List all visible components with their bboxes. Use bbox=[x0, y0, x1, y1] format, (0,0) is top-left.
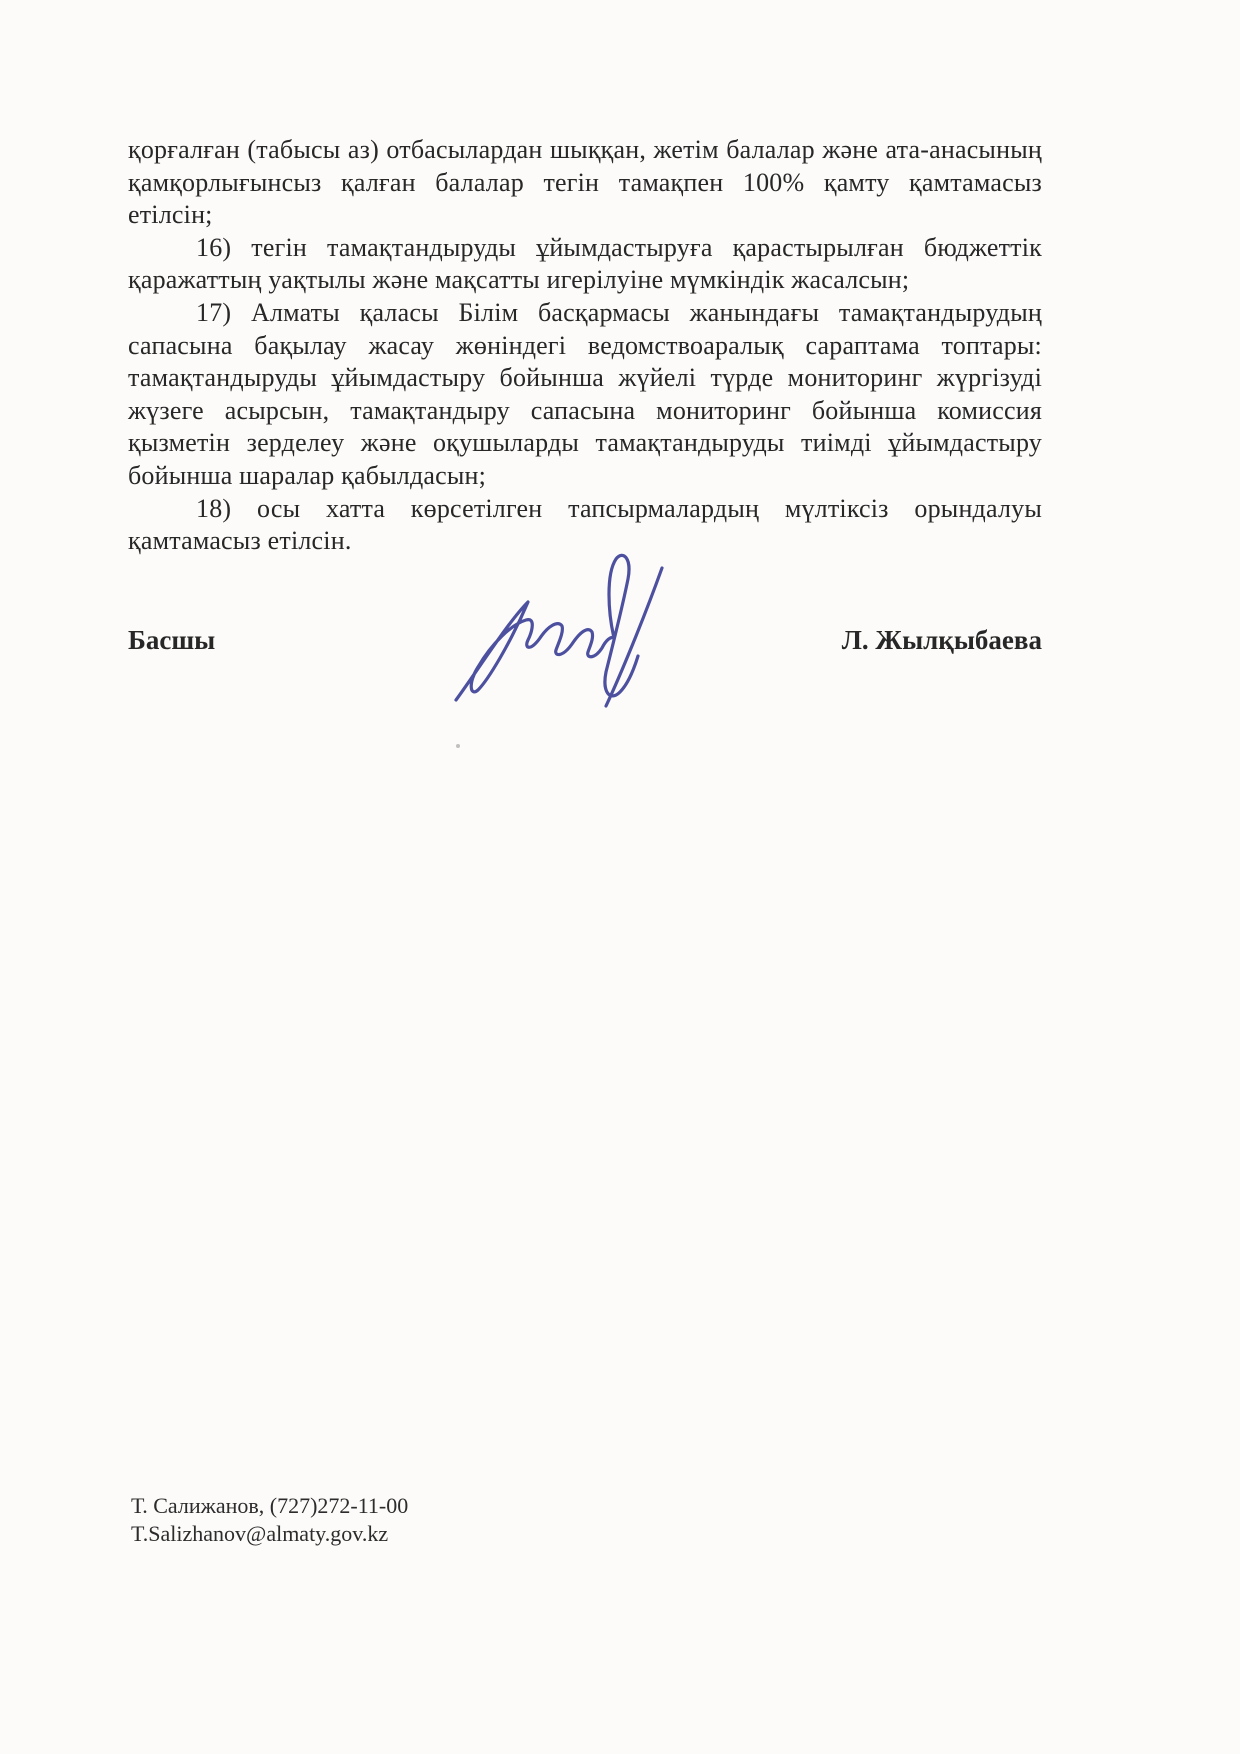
text-line: бойынша шаралар қабылдасын; bbox=[128, 460, 1042, 493]
text-line: қамқорлығынсыз қалған балалар тегін тама… bbox=[128, 167, 1042, 232]
text-line: 16) тегін тамақтандыруды ұйымдастыруға қ… bbox=[128, 232, 1042, 265]
signatory-title: Басшы bbox=[128, 624, 215, 657]
paragraph: қорғалған (табысы аз) отбасылардан шыққа… bbox=[128, 134, 1042, 232]
paragraph: 17) Алматы қаласы Білім басқармасы жанын… bbox=[128, 297, 1042, 493]
paragraph: 18) осы хатта көрсетілген тапсырмалардың… bbox=[128, 493, 1042, 558]
paragraph: 16) тегін тамақтандыруды ұйымдастыруға қ… bbox=[128, 232, 1042, 297]
signature-row: Басшы Л. Жылқыбаева bbox=[128, 624, 1042, 657]
text-line: 17) Алматы қаласы Білім басқармасы жанын… bbox=[128, 297, 1042, 330]
text-line: жүзеге асырсын, тамақтандыру сапасына мо… bbox=[128, 395, 1042, 428]
scanned-letter-page: қорғалған (табысы аз) отбасылардан шыққа… bbox=[0, 0, 1240, 1754]
letter-body: қорғалған (табысы аз) отбасылардан шыққа… bbox=[128, 134, 1042, 558]
text-line: сапасына бақылау жасау жөніндегі ведомст… bbox=[128, 330, 1042, 363]
text-line: қорғалған (табысы аз) отбасылардан шыққа… bbox=[128, 134, 1042, 167]
text-line: 18) осы хатта көрсетілген тапсырмалардың… bbox=[128, 493, 1042, 526]
text-line: қызметін зерделеу және оқушыларды тамақт… bbox=[128, 427, 1042, 460]
text-line: қаражаттың уақтылы және мақсатты игерілу… bbox=[128, 264, 1042, 297]
signatory-name: Л. Жылқыбаева bbox=[842, 624, 1042, 657]
text-line: тамақтандыруды ұйымдастыру бойынша жүйел… bbox=[128, 362, 1042, 395]
contact-email: T.Salizhanov@almaty.gov.kz bbox=[131, 1520, 408, 1548]
contact-phone: Т. Салижанов, (727)272-11-00 bbox=[131, 1492, 408, 1520]
contact-footer: Т. Салижанов, (727)272-11-00 T.Salizhano… bbox=[131, 1492, 408, 1548]
scan-speck bbox=[456, 744, 460, 748]
